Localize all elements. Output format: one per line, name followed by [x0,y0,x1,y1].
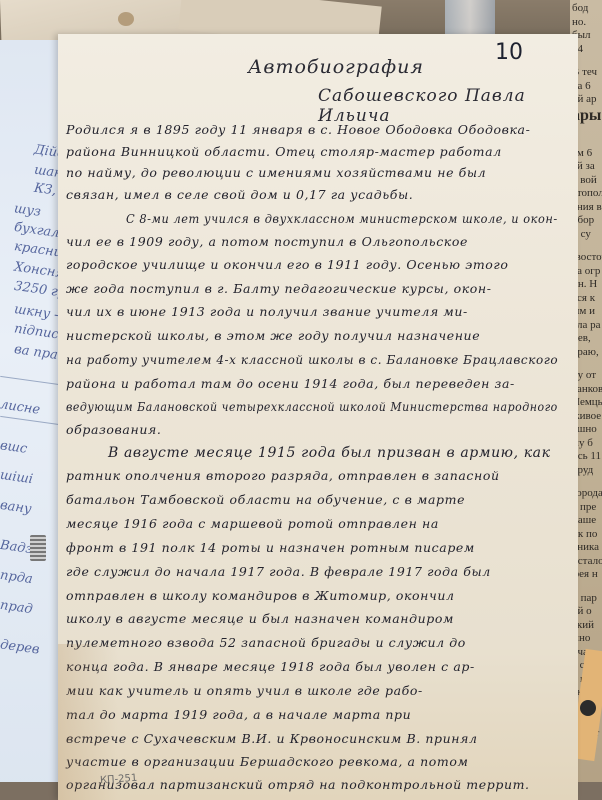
handwritten-line: ратник ополчения второго разряда, отправ… [66,468,500,483]
blue-sheet-text: ва пра [13,342,59,363]
blue-sheet-text: дерев [0,637,40,657]
handwritten-line: пулеметного взвода 52 запасной бригады и… [66,635,466,650]
handwritten-line: тал до марта 1919 года, а в начале марта… [66,707,411,722]
handwritten-line: организовал партизанский отряд на подкон… [66,777,530,792]
ruler-pivot [580,700,596,716]
blue-sheet-text: вану [0,498,32,517]
ruled-line [0,416,60,425]
handwritten-line: по найму, до революции с имениями хозяйс… [66,165,486,180]
handwritten-line: образования. [66,422,161,437]
blue-sheet-text: прда [0,568,34,587]
handwritten-line: же года поступил в г. Балту педагогическ… [66,281,492,296]
handwritten-line: отправлен в школу командиров в Житомир, … [66,588,455,603]
blue-sheet-text: вшс [0,438,28,457]
blue-sheet-text: Вадз [0,538,34,557]
autobiography-page: 10 Автобиография Сабошевского Павла Ильи… [58,34,578,800]
handwritten-line: участие в организации Бершадского ревком… [66,754,468,769]
handwritten-line: на работу учителем 4-х классной школы в … [66,352,558,367]
blue-sheet-text: бухгал [13,220,60,241]
handwritten-line: чил их в июне 1913 года и получил звание… [66,304,468,319]
handwritten-line: мии как учитель и опять учил в школе где… [66,683,423,698]
blue-sheet-text: лисне [0,397,41,417]
handwritten-line: района Винницкой области. Отец столяр-ма… [66,144,502,159]
handwritten-line: района и работал там до осени 1914 года,… [66,376,515,391]
handwritten-line: школу в августе месяце и был назначен ко… [66,611,454,626]
handwritten-line: В августе месяце 1915 года был призван в… [108,445,551,461]
newspaper-text: бод [572,2,588,14]
handwritten-line: фронт в 191 полк 14 роты и назначен ротн… [66,540,475,555]
author-name: Сабошевского Павла Ильича [318,86,578,126]
blue-sheet-text: шіші [0,468,34,487]
handwritten-line: встрече с Сухачевским В.И. и Крвоносинск… [66,731,478,746]
handwritten-line: батальон Тамбовской области на обучение,… [66,492,465,507]
blue-sheet-text: шуз [13,201,42,220]
page-number: 10 [495,40,523,65]
document-title: Автобиография [248,56,424,78]
handwritten-line: где служил до начала 1917 года. В феврал… [66,564,491,579]
ruled-line [0,376,60,385]
handwritten-line: нистерской школы, в этом же году получил… [66,328,480,343]
handwritten-line: связан, имел в селе свой дом и 0,17 га у… [66,187,413,202]
newspaper-text: но. [572,16,586,28]
handwritten-line: Родился я в 1895 году 11 января в с. Нов… [66,122,530,137]
stain [118,12,134,26]
blue-sheet-text: шкну - [13,302,59,323]
handwritten-line: ведующим Балановской четырехклассной шко… [66,399,558,414]
blue-sheet-text: прад [0,598,34,617]
handwritten-line: месяце 1916 года с маршевой ротой отправ… [66,516,439,531]
handwritten-line: конца года. В январе месяце 1918 года бы… [66,659,475,674]
handwritten-line: городское училище и окончил его в 1911 г… [66,257,508,272]
handwritten-line: С 8-ми лет учился в двухклассном министе… [126,211,558,226]
handwritten-line: чил ее в 1909 году, а потом поступил в О… [66,234,468,249]
paper-clip [30,535,46,561]
